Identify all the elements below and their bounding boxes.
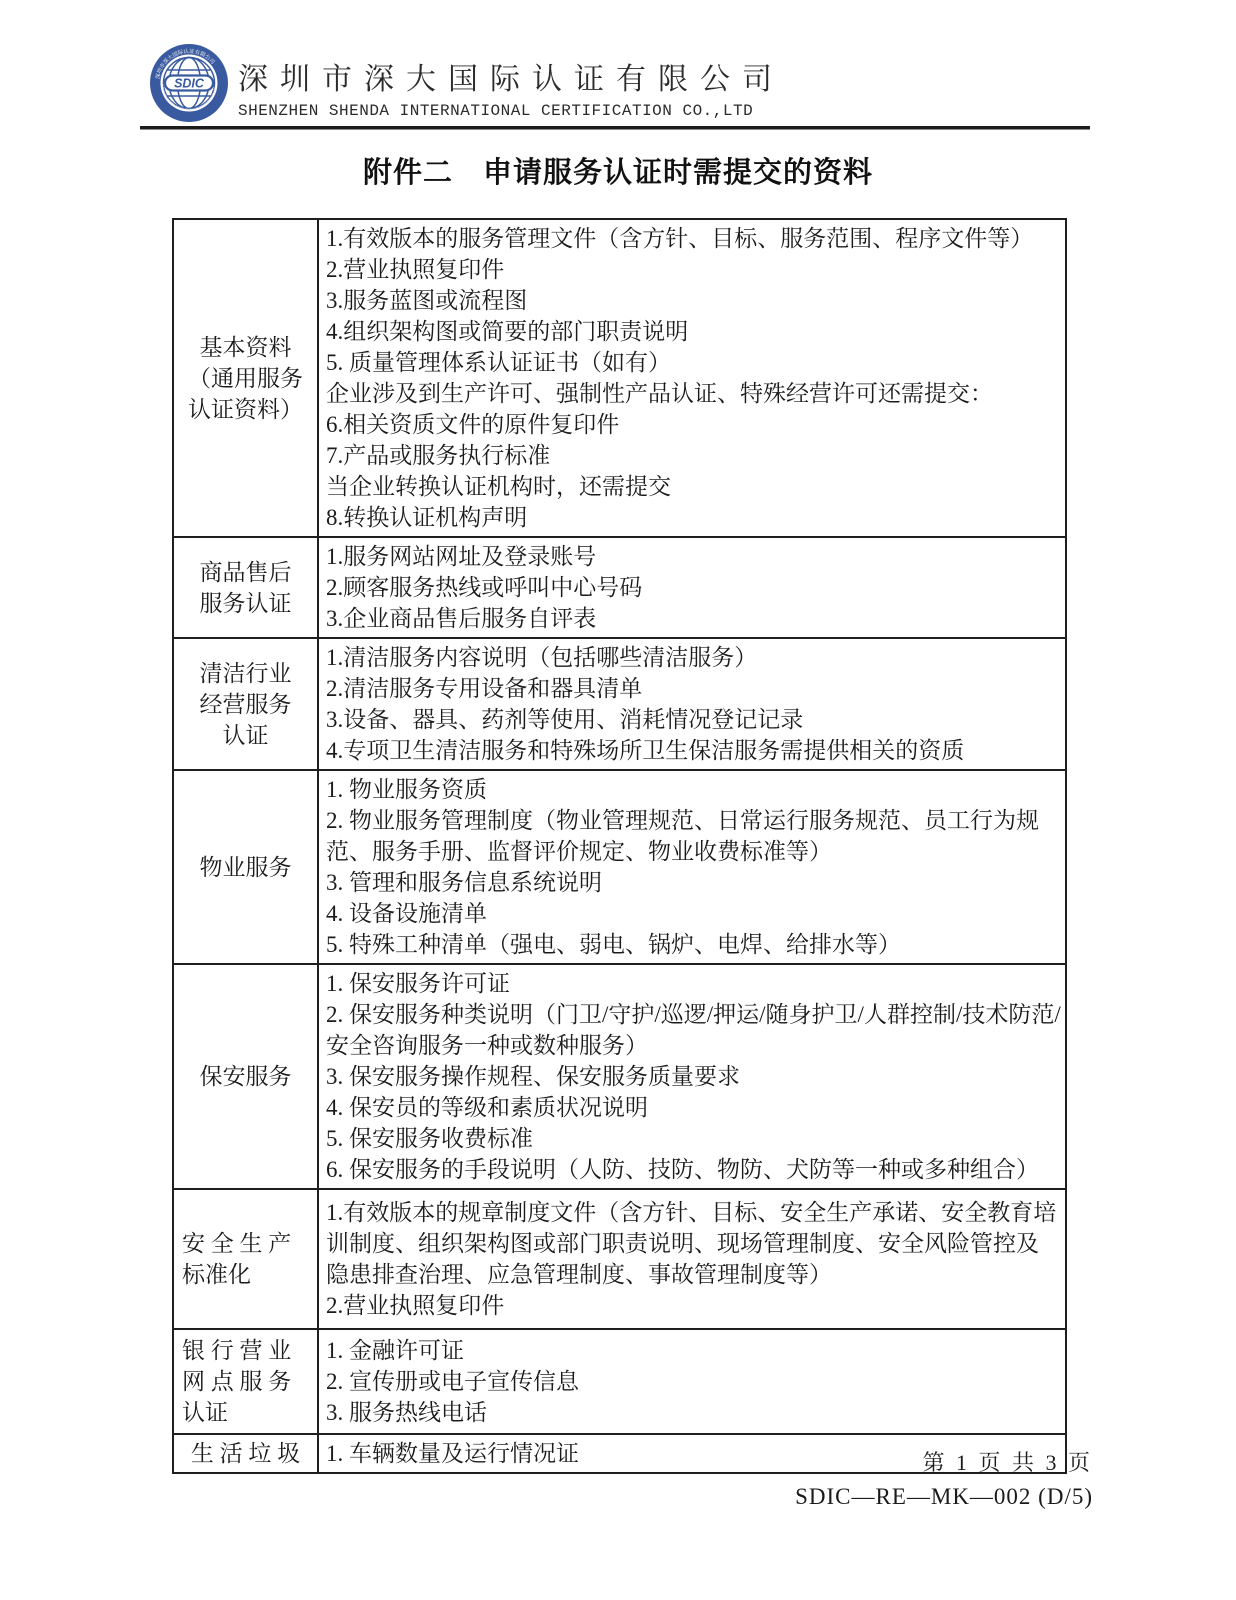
page-title: 附件二 申请服务认证时需提交的资料 [0, 150, 1236, 191]
items-cell: 1.有效版本的规章制度文件（含方针、目标、安全生产承诺、安全教育培训制度、组织架… [318, 1189, 1066, 1329]
table-row: 保安服务 1. 保安服务许可证 2. 保安服务种类说明（门卫/守护/巡逻/押运/… [173, 964, 1066, 1189]
company-name-chinese: 深圳市深大国际认证有限公司 [238, 54, 784, 98]
items-cell: 1. 保安服务许可证 2. 保安服务种类说明（门卫/守护/巡逻/押运/随身护卫/… [318, 964, 1066, 1189]
items-cell: 1.服务网站网址及登录账号 2.顾客服务热线或呼叫中心号码 3.企业商品售后服务… [318, 537, 1066, 638]
category-cell: 商品售后 服务认证 [173, 537, 318, 638]
header-divider-rule [140, 126, 1090, 130]
category-cell: 物业服务 [173, 770, 318, 964]
document-number: SDIC—RE—MK—002 (D/5) [795, 1484, 1093, 1510]
items-cell: 1.清洁服务内容说明（包括哪些清洁服务） 2.清洁服务专用设备和器具清单 3.设… [318, 638, 1066, 770]
logo-badge-text: SDIC [174, 77, 205, 91]
page-number-info: 第 1 页 共 3 页 [795, 1446, 1093, 1477]
company-logo: SDIC 深圳市深大国际认证有限公司 SHENZHEN SHENDA INTER… [148, 42, 230, 124]
table-row: 基本资料 （通用服务 认证资料） 1.有效版本的服务管理文件（含方针、目标、服务… [173, 219, 1066, 537]
category-cell: 基本资料 （通用服务 认证资料） [173, 219, 318, 537]
items-cell: 1. 金融许可证 2. 宣传册或电子宣传信息 3. 服务热线电话 [318, 1329, 1066, 1434]
category-cell: 清洁行业 经营服务 认证 [173, 638, 318, 770]
category-cell: 保安服务 [173, 964, 318, 1189]
company-name-block: 深圳市深大国际认证有限公司 SHENZHEN SHENDA INTERNATIO… [238, 42, 784, 120]
table-row: 商品售后 服务认证 1.服务网站网址及登录账号 2.顾客服务热线或呼叫中心号码 … [173, 537, 1066, 638]
document-page: SDIC 深圳市深大国际认证有限公司 SHENZHEN SHENDA INTER… [0, 0, 1236, 1600]
required-materials-table: 基本资料 （通用服务 认证资料） 1.有效版本的服务管理文件（含方针、目标、服务… [172, 218, 1067, 1474]
category-cell: 安 全 生 产 标准化 [173, 1189, 318, 1329]
company-name-english: SHENZHEN SHENDA INTERNATIONAL CERTIFICAT… [238, 102, 784, 120]
table-row: 安 全 生 产 标准化 1.有效版本的规章制度文件（含方针、目标、安全生产承诺、… [173, 1189, 1066, 1329]
items-cell: 1.有效版本的服务管理文件（含方针、目标、服务范围、程序文件等） 2.营业执照复… [318, 219, 1066, 537]
category-cell: 银 行 营 业 网 点 服 务 认证 [173, 1329, 318, 1434]
table-row: 银 行 营 业 网 点 服 务 认证 1. 金融许可证 2. 宣传册或电子宣传信… [173, 1329, 1066, 1434]
document-header: SDIC 深圳市深大国际认证有限公司 SHENZHEN SHENDA INTER… [148, 42, 784, 124]
category-cell: 生 活 垃 圾 [173, 1434, 318, 1473]
table-row: 物业服务 1. 物业服务资质 2. 物业服务管理制度（物业管理规范、日常运行服务… [173, 770, 1066, 964]
table-row: 清洁行业 经营服务 认证 1.清洁服务内容说明（包括哪些清洁服务） 2.清洁服务… [173, 638, 1066, 770]
sdic-globe-logo-icon: SDIC 深圳市深大国际认证有限公司 SHENZHEN SHENDA INTER… [148, 42, 230, 124]
items-cell: 1. 物业服务资质 2. 物业服务管理制度（物业管理规范、日常运行服务规范、员工… [318, 770, 1066, 964]
page-footer: 第 1 页 共 3 页 SDIC—RE—MK—002 (D/5) [795, 1446, 1093, 1510]
